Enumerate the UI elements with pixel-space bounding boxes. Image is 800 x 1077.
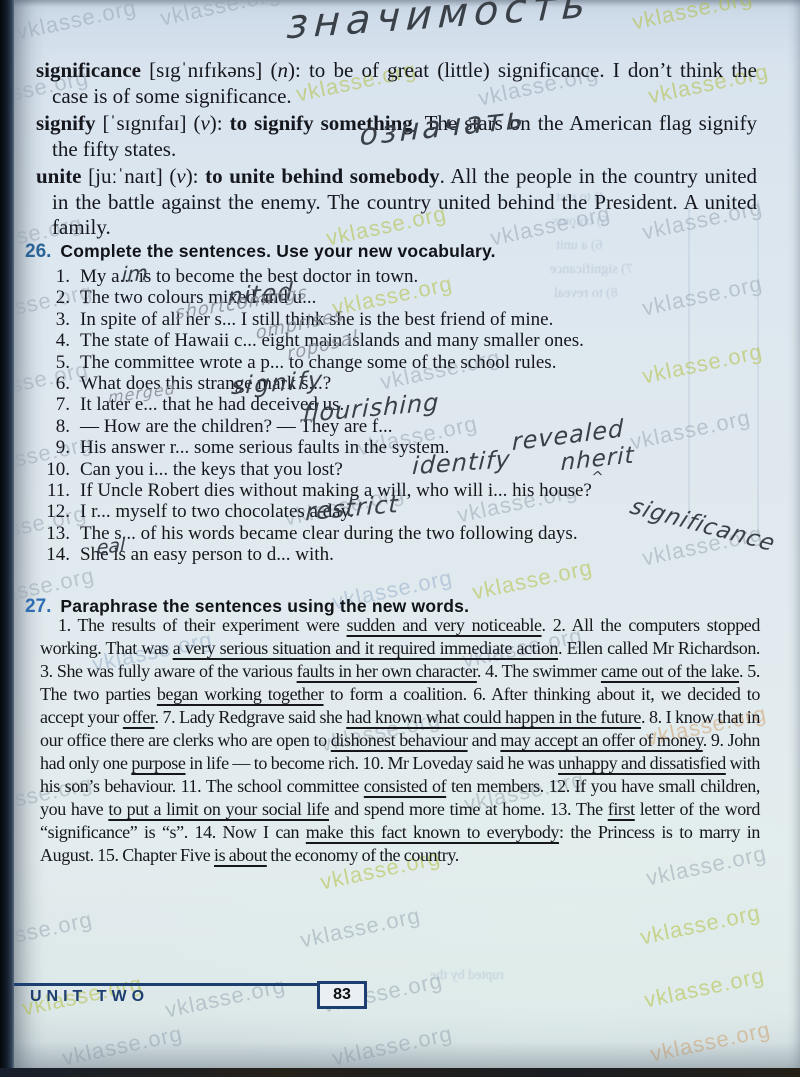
item-number: 10. bbox=[30, 459, 70, 480]
underlined-phrase: unhappy and dissatisfied bbox=[558, 753, 726, 773]
vocabulary-section: significance [sɪgˈnɪfɪkəns] (n): to be o… bbox=[36, 58, 757, 243]
exercise-26-item: 10.Can you i... the keys that you lost? bbox=[30, 459, 760, 480]
paragraph-text: in life — to become rich. 10. Mr Loveday… bbox=[186, 753, 559, 773]
handwritten-note: ^ bbox=[590, 468, 605, 486]
page-bottom-shadow bbox=[10, 1042, 800, 1068]
footer-rule bbox=[12, 983, 317, 986]
underlined-phrase: sudden and very noticeable bbox=[347, 615, 542, 635]
exercise-26-header: 26. Complete the sentences. Use your new… bbox=[25, 241, 496, 263]
underlined-phrase: dishonest behaviour bbox=[331, 730, 468, 750]
underlined-phrase: is about bbox=[214, 845, 267, 865]
underlined-phrase: first bbox=[608, 799, 635, 819]
underlined-phrase: may accept an offer of money bbox=[500, 730, 702, 750]
paragraph-text: the economy of the country. bbox=[267, 845, 459, 865]
item-text: The s... of his words became clear durin… bbox=[80, 523, 578, 544]
paragraph-text: 1. The results of their experiment were bbox=[58, 615, 347, 635]
item-number: 6. bbox=[30, 373, 70, 394]
vocab-text-segment: to unite behind somebody bbox=[205, 164, 440, 188]
vocab-text-segment: v bbox=[200, 111, 209, 135]
exercise-26-number: 26. bbox=[25, 241, 51, 263]
exercise-26-title: Complete the sentences. Use your new voc… bbox=[60, 241, 495, 262]
exercise-26-item: 4.The state of Hawaii c... eight main is… bbox=[30, 330, 760, 351]
item-number: 2. bbox=[30, 287, 70, 308]
vocab-text-segment: v bbox=[176, 164, 185, 188]
page-number: 83 bbox=[333, 986, 351, 1004]
exercise-27-paragraph: 1. The results of their experiment were … bbox=[40, 614, 760, 867]
item-number: 4. bbox=[30, 330, 70, 351]
item-number: 14. bbox=[30, 544, 70, 565]
item-number: 13. bbox=[30, 523, 70, 544]
vocab-text-segment: [juːˈnaɪt] ( bbox=[82, 164, 177, 188]
handwritten-note: im bbox=[121, 261, 148, 287]
textbook-page-scan: 4) to rest5) colours6) a unit7) signific… bbox=[0, 0, 800, 1077]
exercise-26-item: 3.In spite of all her s... I still think… bbox=[30, 309, 760, 330]
item-text: Can you i... the keys that you lost? bbox=[80, 459, 343, 480]
item-number: 5. bbox=[30, 352, 70, 373]
exercise-26-item: 13.The s... of his words became clear du… bbox=[30, 523, 760, 544]
vocab-headword: unite bbox=[36, 164, 82, 188]
underlined-phrase: offer bbox=[123, 707, 155, 727]
exercise-26-item: 9.His answer r... some serious faults in… bbox=[30, 437, 760, 458]
item-text: His answer r... some serious faults in t… bbox=[80, 437, 449, 458]
vocab-text-segment: ): bbox=[210, 111, 230, 135]
underlined-phrase: faults in her own character bbox=[297, 661, 477, 681]
item-number: 9. bbox=[30, 437, 70, 458]
page-number-box: 83 bbox=[317, 981, 367, 1009]
vocab-headword: significance bbox=[36, 58, 141, 82]
underlined-phrase: make this fact known to everybody bbox=[306, 822, 559, 842]
item-number: 7. bbox=[30, 394, 70, 415]
underlined-phrase: came out of the lake bbox=[601, 661, 739, 681]
book-binding bbox=[0, 0, 14, 1077]
underlined-phrase: consisted of bbox=[364, 776, 446, 796]
exercise-26-item: 2.The two colours mixed and u... bbox=[30, 287, 760, 308]
underlined-phrase: began working together bbox=[157, 684, 324, 704]
book-bottom-edge bbox=[0, 1068, 800, 1077]
paragraph-text: . 7. Lady Redgrave said she bbox=[154, 707, 346, 727]
exercise-26-item: 5.The committee wrote a p... to change s… bbox=[30, 352, 760, 373]
underlined-phrase: a very serious situation and it required… bbox=[173, 638, 558, 658]
paragraph-text: and bbox=[468, 730, 501, 750]
underlined-phrase: to put a limit on your social life bbox=[108, 799, 329, 819]
vocab-entry: unite [juːˈnaɪt] (v): to unite behind so… bbox=[36, 164, 757, 241]
vocab-text-segment: ): bbox=[186, 164, 205, 188]
item-number: 11. bbox=[30, 480, 70, 501]
underlined-phrase: purpose bbox=[131, 753, 185, 773]
vocab-entry: significance [sɪgˈnɪfɪkəns] (n): to be o… bbox=[36, 58, 757, 109]
item-number: 12. bbox=[30, 501, 70, 522]
underlined-phrase: had known what could happen in the futur… bbox=[346, 707, 641, 727]
vocab-text-segment: [ˈsɪgnɪfaɪ] ( bbox=[96, 111, 201, 135]
handwritten-note: eal bbox=[97, 534, 126, 559]
unit-label: UNIT TWO bbox=[30, 988, 149, 1006]
vocab-text-segment: n bbox=[277, 58, 288, 82]
vocab-text-segment: [sɪgˈnɪfɪkəns] ( bbox=[141, 58, 277, 82]
vocab-headword: signify bbox=[36, 111, 96, 135]
item-number: 8. bbox=[30, 416, 70, 437]
paragraph-text: and spend more time at home. 13. The bbox=[329, 799, 608, 819]
exercise-26-item: 14.She is an easy person to d... with. bbox=[30, 544, 760, 565]
item-number: 3. bbox=[30, 309, 70, 330]
item-number: 1. bbox=[30, 266, 70, 287]
paragraph-text: . 4. The swimmer bbox=[477, 661, 601, 681]
